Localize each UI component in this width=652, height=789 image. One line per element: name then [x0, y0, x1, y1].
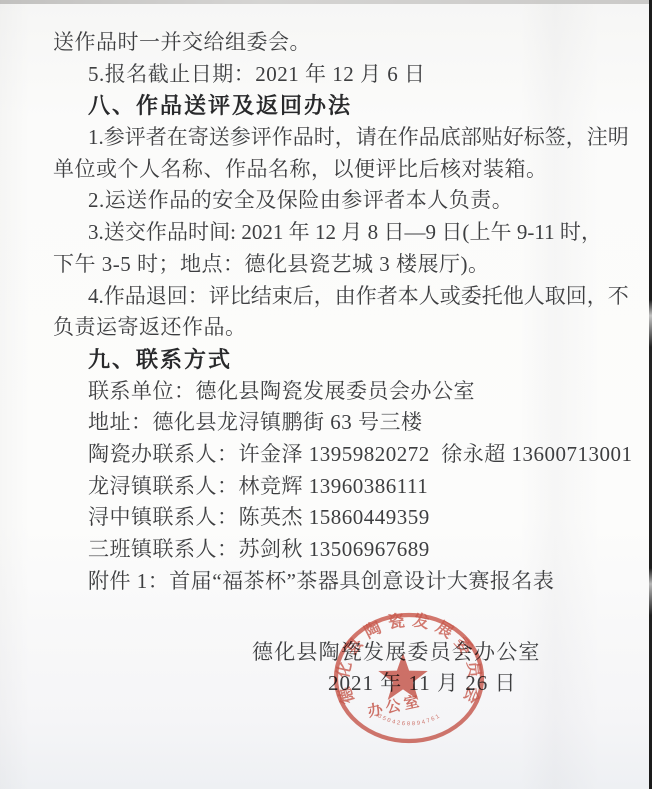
signature-date: 2021 年 11 月 26 日 [328, 668, 516, 698]
document-line: 3.送交作品时间: 2021 年 12 月 8 日—9 日(上午 9-11 时， [88, 217, 602, 249]
document-line: 5.报名截止日期：2021 年 12 月 6 日 [88, 59, 652, 91]
document-line: 下午 3-5 时；地点：德化县瓷艺城 3 楼展厅)。 [53, 249, 652, 281]
document-line: 2.运送作品的安全及保险由参评者本人负责。 [88, 185, 652, 217]
document-line: 九、联系方式 [88, 344, 652, 376]
document-line: 陶瓷办联系人：许金泽 13959820272 徐永超 13600713001 [88, 439, 652, 471]
scan-top-edge-artifact [0, 0, 652, 4]
document-line: 送作品时一并交给组委会。 [53, 27, 652, 59]
signature-organization: 德化县陶瓷发展委员会办公室 [252, 637, 541, 667]
document-line: 龙浔镇联系人：林竞辉 13960386111 [88, 471, 652, 503]
document-line: 地址：德化县龙浔镇鹏街 63 号三楼 [88, 407, 652, 439]
document-line: 1.参评者在寄送参评作品时，请在作品底部贴好标签，注明 [88, 122, 602, 154]
document-line: 八、作品送评及返回办法 [88, 90, 652, 122]
document-line: 附件 1：首届“福茶杯”茶器具创意设计大赛报名表 [88, 566, 652, 598]
document-body: 送作品时一并交给组委会。5.报名截止日期：2021 年 12 月 6 日八、作品… [0, 27, 652, 597]
document-line: 单位或个人名称、作品名称，以便评比后核对装箱。 [53, 154, 652, 186]
document-line: 4.作品退回：评比结束后，由作者本人或委托他人取回，不 [88, 281, 602, 313]
document-line: 三班镇联系人：苏剑秋 13506967689 [88, 534, 652, 566]
seal-code: 3504260094761 [376, 712, 442, 727]
document-line: 浔中镇联系人：陈英杰 15860449359 [88, 502, 652, 534]
document-line: 联系单位：德化县陶瓷发展委员会办公室 [88, 376, 652, 408]
document-line: 负责运寄返还作品。 [53, 312, 652, 344]
scanned-document-page: 送作品时一并交给组委会。5.报名截止日期：2021 年 12 月 6 日八、作品… [0, 0, 652, 789]
